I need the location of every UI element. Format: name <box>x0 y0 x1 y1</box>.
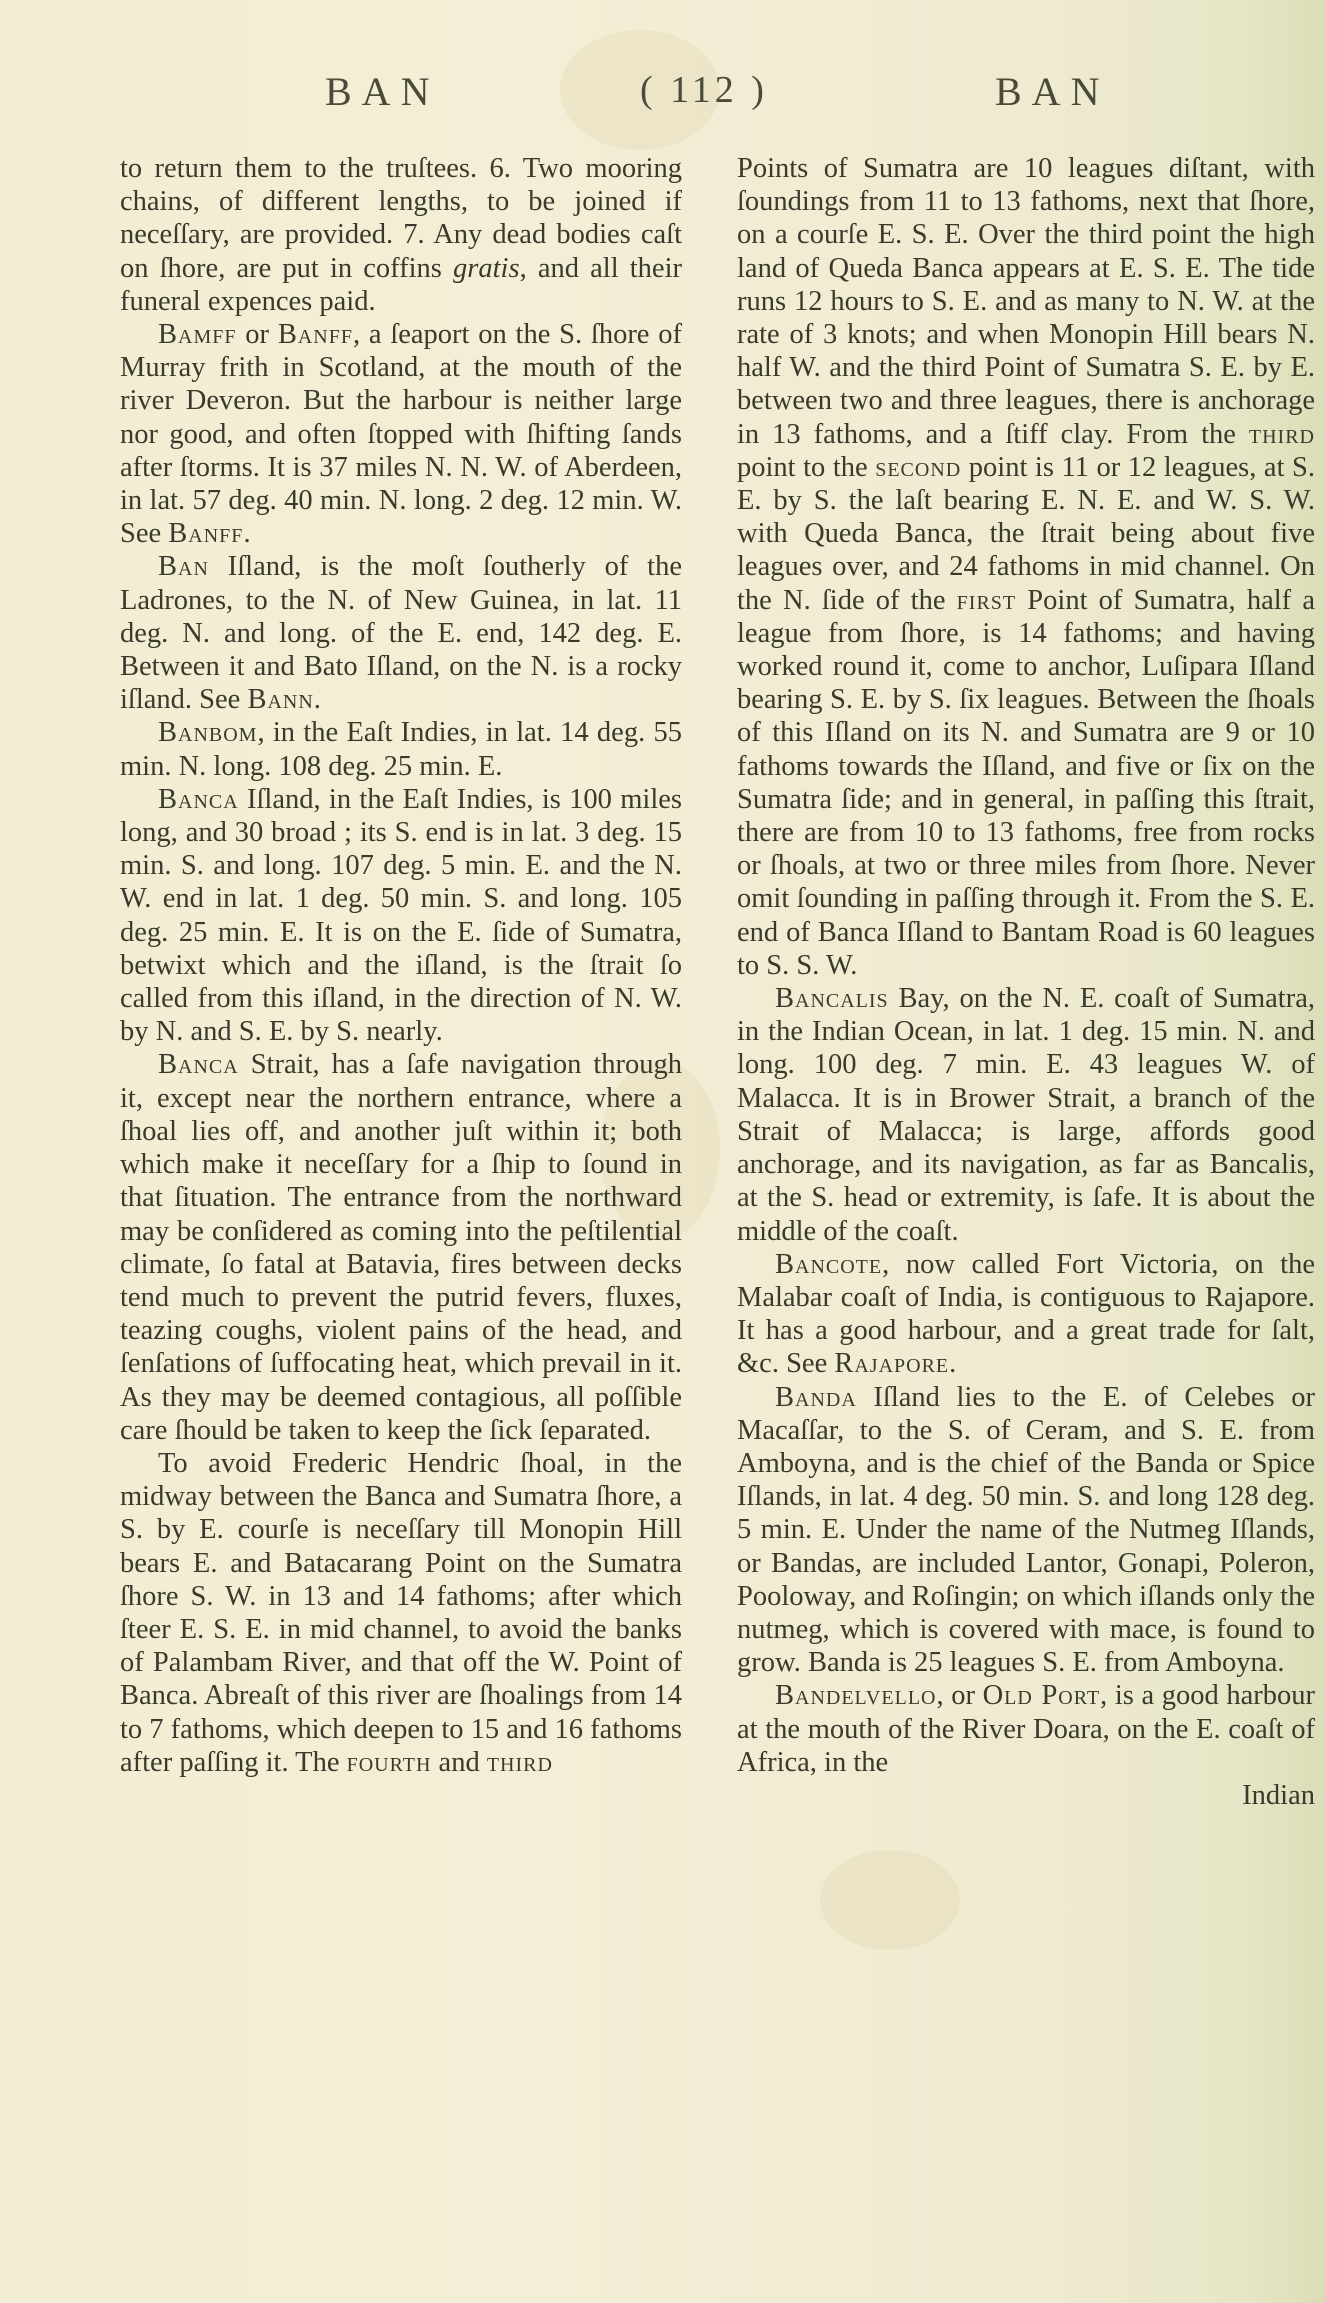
entry-bamff: Bamff or Banff, a ſeaport on the S. ſhor… <box>120 318 682 550</box>
entry-text: Iſland, in the Eaſt Indies, is 100 miles… <box>120 784 682 1047</box>
small-caps-term: fourth <box>347 1747 432 1778</box>
entry-text-mid: and <box>431 1747 486 1778</box>
entry-text-tail: Point of Sumatra, half a league from ſho… <box>737 585 1315 981</box>
small-caps-term: third <box>487 1747 553 1778</box>
entry-text-tail: . <box>949 1348 956 1379</box>
entry-text-mid: point to the <box>737 452 875 483</box>
entry-banda-island: Banda Iſland lies to the E. of Cele­bes … <box>737 1381 1315 1680</box>
catchword: Indian <box>737 1779 1315 1812</box>
entry-headword: Ban <box>158 551 209 582</box>
header-left-catchword: BAN <box>325 68 439 115</box>
connector: or <box>236 319 277 350</box>
entry-text: To avoid Frederic Hendric ſhoal, in the … <box>120 1448 682 1778</box>
small-caps-term: second <box>875 452 961 483</box>
page-number: ( 112 ) <box>640 68 768 112</box>
entry-text: , a ſeaport on the S. ſhore of Murray fr… <box>120 319 682 549</box>
entry-text-tail: . <box>314 684 321 715</box>
entry-headword: Bandelvello <box>775 1680 936 1711</box>
entry-text: Points of Sumatra are 10 leagues diſtant… <box>737 153 1315 450</box>
running-header: BAN ( 112 ) BAN <box>0 68 1325 128</box>
entry-headword: Banda <box>775 1382 857 1413</box>
entry-continuation-trustees: to return them to the truſtees. 6. Two m… <box>120 152 682 318</box>
entry-headword: Bancote <box>775 1249 882 1280</box>
entry-headword: Bamff <box>158 319 236 350</box>
entry-headword: Banbom <box>158 717 257 748</box>
entry-banbom: Banbom, in the Eaſt Indies, in lat. 14 d… <box>120 716 682 782</box>
entry-bancote: Bancote, now called Fort Victoria, on th… <box>737 1248 1315 1381</box>
entry-continuation-sumatra-points: Points of Sumatra are 10 leagues diſtant… <box>737 152 1315 982</box>
connector: , or <box>936 1680 982 1711</box>
entry-headword: Banca <box>158 1049 239 1080</box>
entry-ban-island: Ban Iſland, is the moſt ſoutherly of the… <box>120 550 682 716</box>
cross-reference: Banff <box>168 518 243 549</box>
entry-banca-strait: Banca Strait, has a ſafe navigation thro… <box>120 1048 682 1446</box>
header-right-catchword: BAN <box>995 68 1109 115</box>
entry-text: Strait, has a ſafe navigation through it… <box>120 1049 682 1445</box>
right-column: Points of Sumatra are 10 leagues diſtant… <box>737 152 1315 1812</box>
cross-reference: Rajapore <box>834 1348 949 1379</box>
entry-text: Iſland lies to the E. of Cele­bes or Mac… <box>737 1382 1315 1679</box>
small-caps-term: third <box>1249 419 1315 450</box>
entry-headword: Banca <box>158 784 239 815</box>
entry-frederic-hendric-shoal: To avoid Frederic Hendric ſhoal, in the … <box>120 1447 682 1779</box>
entry-text-tail: . <box>243 518 250 549</box>
entry-headword: Bancalis <box>775 983 889 1014</box>
cross-reference: Bann <box>247 684 313 715</box>
entry-headword-alt: Old Port <box>983 1680 1101 1711</box>
entry-text: Bay, on the N. E. coaſt of Sumatra, in t… <box>737 983 1315 1246</box>
entry-headword-alt: Banff <box>278 319 353 350</box>
italic-term: gratis <box>453 253 520 284</box>
entry-bandelvello: Bandelvello, or Old Port, is a good harb… <box>737 1679 1315 1779</box>
entry-banca-island: Banca Iſland, in the Eaſt Indies, is 100… <box>120 783 682 1049</box>
small-caps-term: first <box>957 585 1016 616</box>
left-column: to return them to the truſtees. 6. Two m… <box>120 152 682 1779</box>
entry-bancalis-bay: Bancalis Bay, on the N. E. coaſt of Suma… <box>737 982 1315 1248</box>
